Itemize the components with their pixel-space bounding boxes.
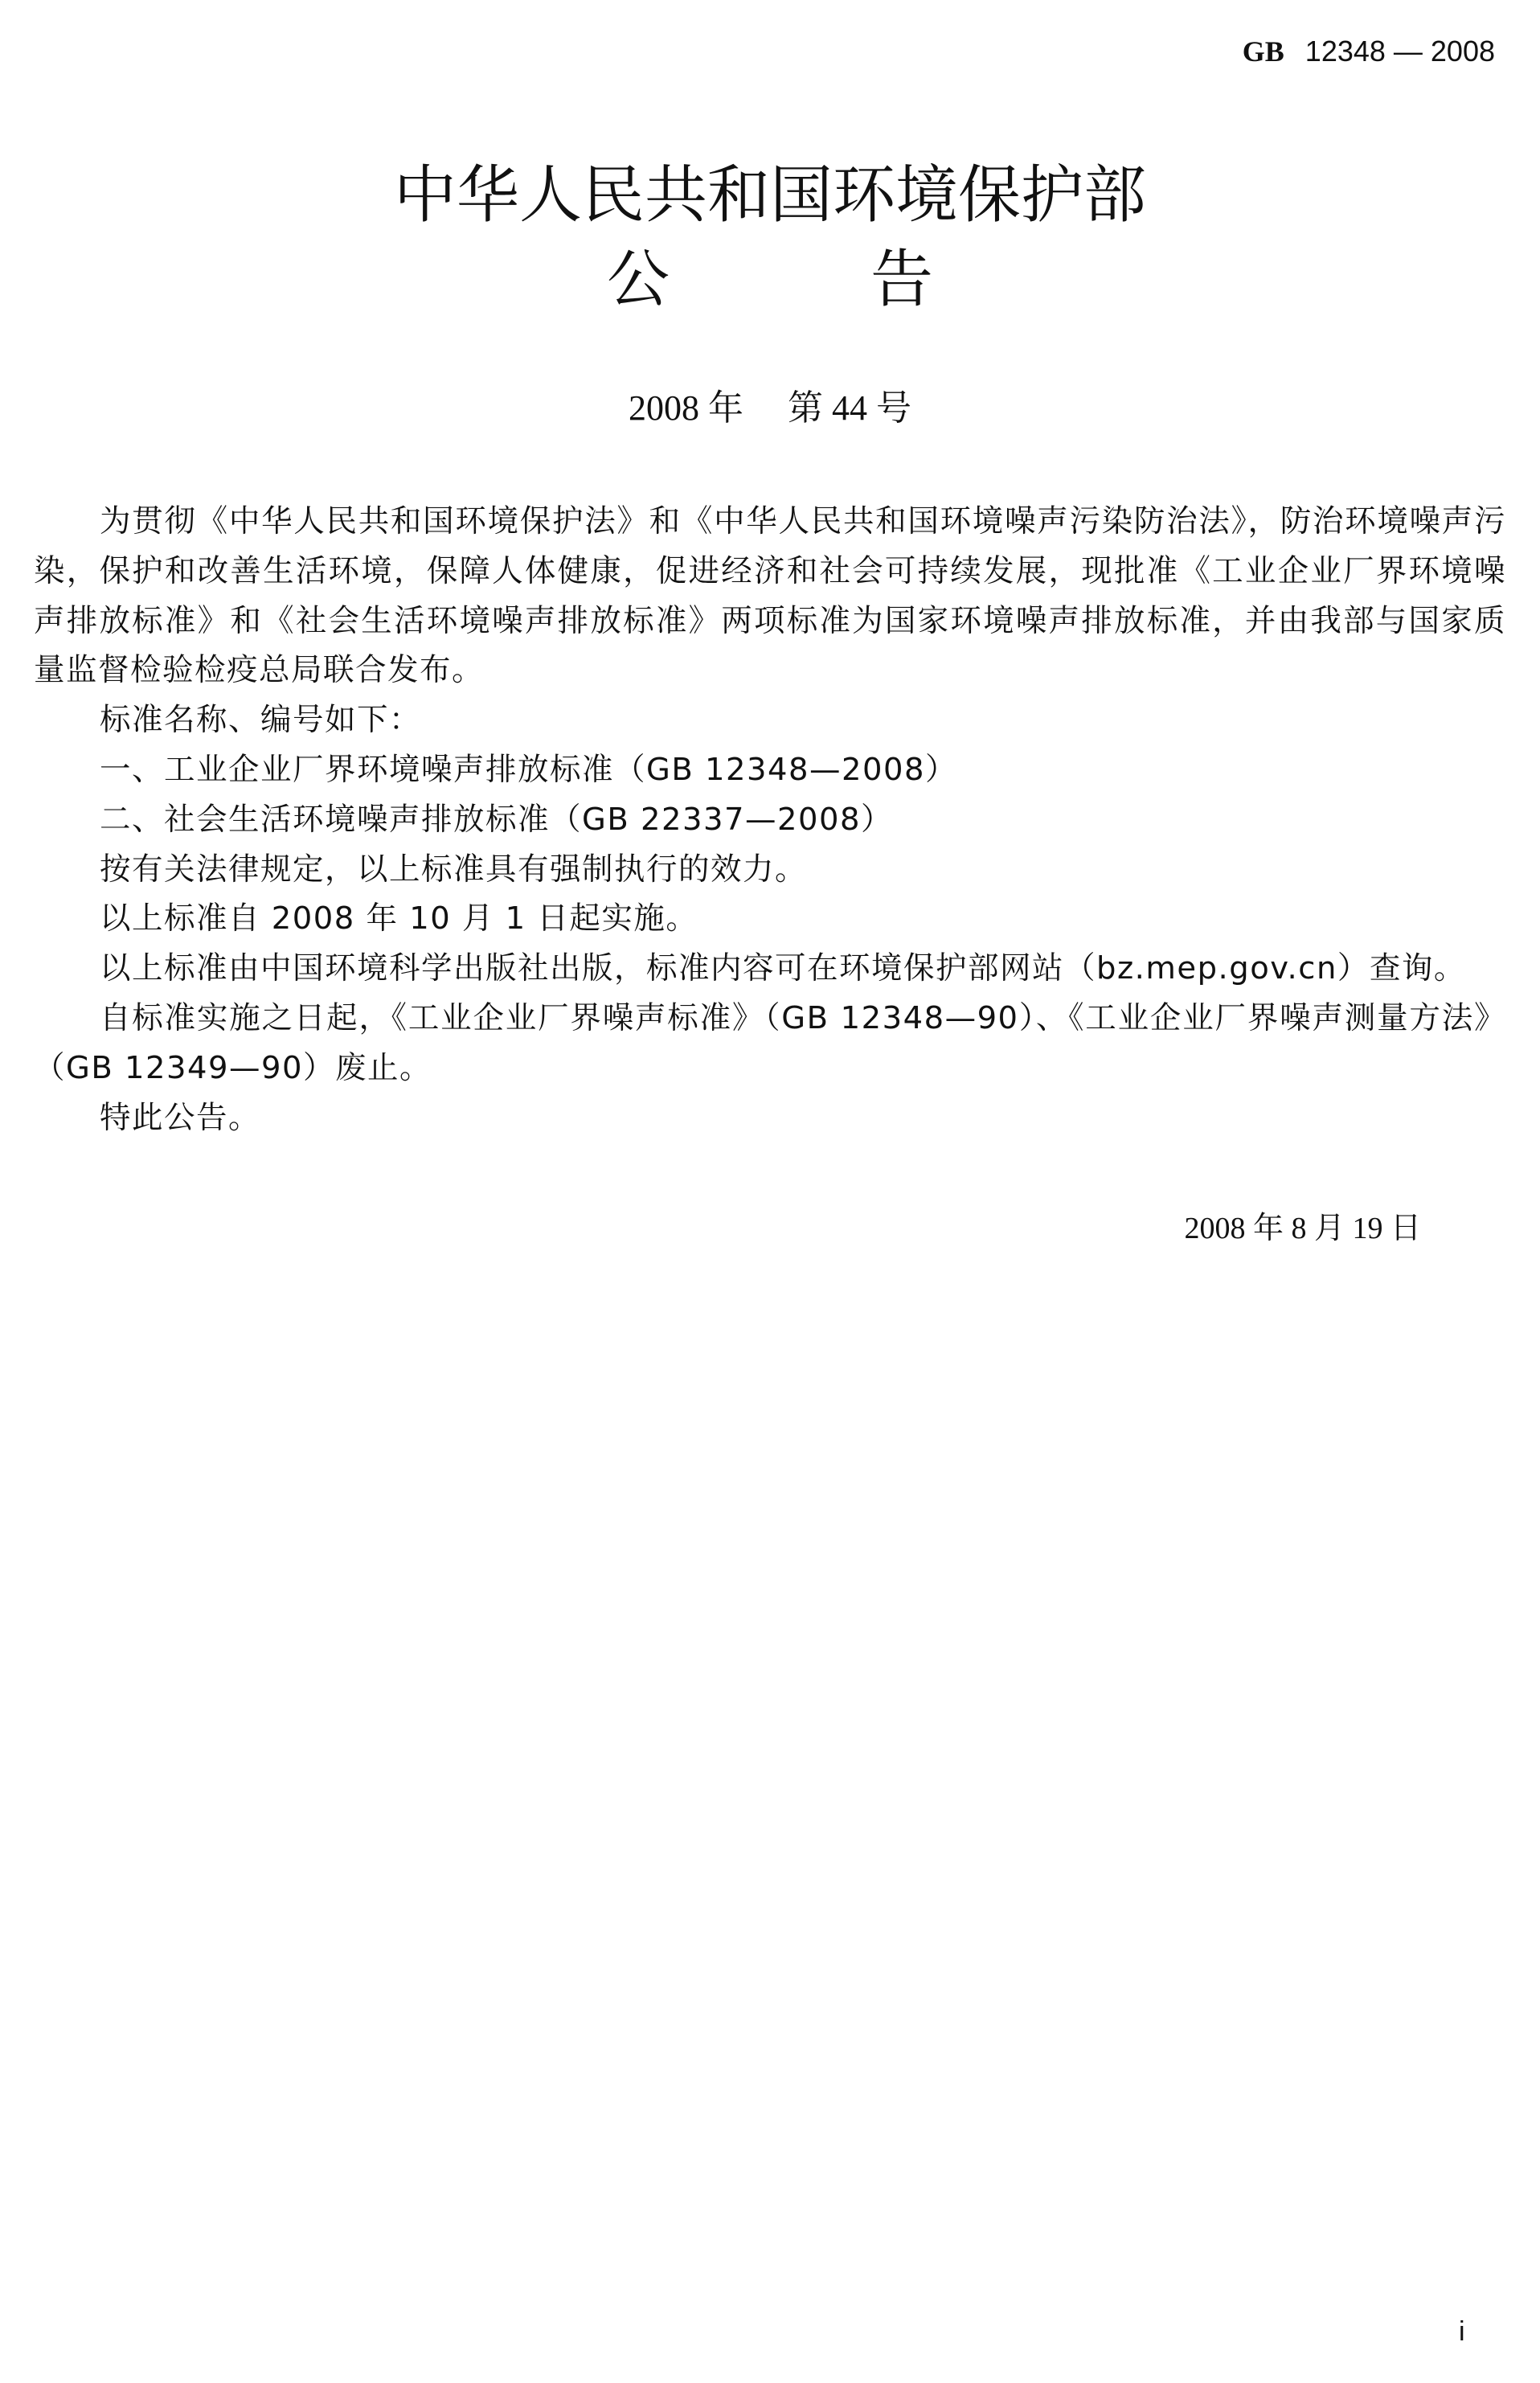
page-number: i — [1459, 2315, 1465, 2348]
announcement-body: 为贯彻《中华人民共和国环境保护法》和《中华人民共和国环境噪声污染防治法》，防治环… — [34, 497, 1506, 1142]
body-paragraph-repeal: 自标准实施之日起，《工业企业厂界噪声标准》（GB 12348—90）、《工业企业… — [34, 994, 1506, 1093]
body-paragraph-closing: 特此公告。 — [34, 1093, 1506, 1143]
document-type-char-2: 告 — [870, 241, 933, 318]
body-paragraph-effective-date: 以上标准自 2008 年 10 月 1 日起实施。 — [34, 894, 1506, 944]
body-paragraph-standard-1: 一、工业企业厂界环境噪声排放标准（GB 12348—2008） — [34, 745, 1506, 795]
body-paragraph-legal-effect: 按有关法律规定，以上标准具有强制执行的效力。 — [34, 845, 1506, 895]
standard-number-header: GB12348 — 2008 — [1243, 32, 1495, 71]
standard-prefix: GB — [1243, 35, 1284, 68]
document-type-char-1: 公 — [607, 241, 670, 318]
body-paragraph-standard-2: 二、社会生活环境噪声排放标准（GB 22337—2008） — [34, 795, 1506, 845]
signature-date: 2008 年 8 月 19 日 — [1184, 1206, 1421, 1251]
body-paragraph-publisher: 以上标准由中国环境科学出版社出版，标准内容可在环境保护部网站（bz.mep.go… — [34, 944, 1506, 994]
announcement-issue-number: 2008 年 第 44 号 — [0, 384, 1540, 433]
issuing-organization-title: 中华人民共和国环境保护部 — [0, 157, 1540, 234]
standard-code: 12348 — 2008 — [1305, 35, 1495, 68]
body-paragraph-list-heading: 标准名称、编号如下： — [34, 695, 1506, 745]
document-type-title: 公告 — [0, 241, 1540, 318]
body-paragraph-intro: 为贯彻《中华人民共和国环境保护法》和《中华人民共和国环境噪声污染防治法》，防治环… — [34, 497, 1506, 695]
